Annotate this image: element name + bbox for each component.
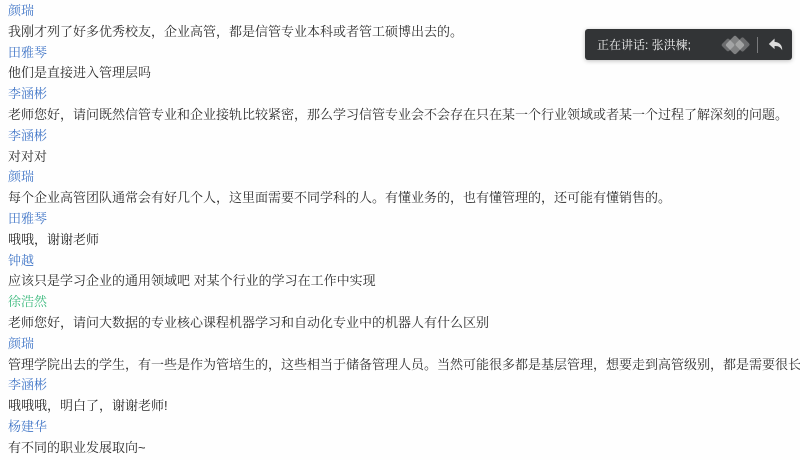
chat-username[interactable]: 颜瑞 — [8, 334, 792, 355]
chat-text: 每个企业高管团队通常会有好几个人，这里面需要不同学科的人。有懂业务的，也有懂管理… — [8, 188, 792, 209]
chat-username[interactable]: 钟越 — [8, 251, 792, 272]
now-speaking-label: 正在讲话: 张洪楝; — [597, 36, 723, 53]
chat-message-list: 颜瑞 我刚才列了好多优秀校友，企业高管，都是信管专业本科或者管工硕博出去的。 田… — [8, 1, 792, 459]
now-speaking-banner: 正在讲话: 张洪楝; — [585, 29, 792, 60]
chat-message: 杨建华 有不同的职业发展取向~ — [8, 417, 792, 459]
chat-text: 老师您好，请问大数据的专业核心课程机器学习和自动化专业中的机器人有什么区别 — [8, 313, 792, 334]
chat-message: 李涵彬 对对对 — [8, 126, 792, 168]
chat-username[interactable]: 颜瑞 — [8, 167, 792, 188]
chat-message: 李涵彬 哦哦哦，明白了，谢谢老师! — [8, 375, 792, 417]
banner-divider — [757, 37, 758, 53]
voice-wave-icon — [723, 38, 748, 52]
chat-username[interactable]: 李涵彬 — [8, 84, 792, 105]
chat-text: 老师您好，请问既然信管专业和企业接轨比较紧密，那么学习信管专业会不会存在只在某一… — [8, 105, 792, 126]
chat-text: 对对对 — [8, 147, 792, 168]
chat-username[interactable]: 李涵彬 — [8, 375, 792, 396]
chat-username[interactable]: 杨建华 — [8, 417, 792, 438]
chat-message: 徐浩然 老师您好，请问大数据的专业核心课程机器学习和自动化专业中的机器人有什么区… — [8, 292, 792, 334]
chat-text: 他们是直接进入管理层吗 — [8, 63, 792, 84]
chat-username[interactable]: 田雅琴 — [8, 209, 792, 230]
chat-message: 钟越 应该只是学习企业的通用领域吧 对某个行业的学习在工作中实现 — [8, 251, 792, 293]
chat-username[interactable]: 颜瑞 — [8, 1, 792, 22]
chat-message: 李涵彬 老师您好，请问既然信管专业和企业接轨比较紧密，那么学习信管专业会不会存在… — [8, 84, 792, 126]
chat-text: 有不同的职业发展取向~ — [8, 438, 792, 459]
chat-username[interactable]: 李涵彬 — [8, 126, 792, 147]
reply-arrow-icon[interactable] — [767, 38, 783, 52]
live-class-chat-panel: 颜瑞 我刚才列了好多优秀校友，企业高管，都是信管专业本科或者管工硕博出去的。 田… — [0, 0, 800, 460]
chat-message: 颜瑞 管理学院出去的学生，有一些是作为管培生的，这些相当于储备管理人员。当然可能… — [8, 334, 792, 376]
chat-username[interactable]: 徐浩然 — [8, 292, 792, 313]
chat-text: 应该只是学习企业的通用领域吧 对某个行业的学习在工作中实现 — [8, 271, 792, 292]
chat-message: 颜瑞 每个企业高管团队通常会有好几个人，这里面需要不同学科的人。有懂业务的，也有… — [8, 167, 792, 209]
chat-text: 哦哦，谢谢老师 — [8, 230, 792, 251]
chat-text: 哦哦哦，明白了，谢谢老师! — [8, 396, 792, 417]
chat-message: 田雅琴 哦哦，谢谢老师 — [8, 209, 792, 251]
chat-text: 管理学院出去的学生，有一些是作为管培生的，这些相当于储备管理人员。当然可能很多都… — [8, 355, 792, 376]
